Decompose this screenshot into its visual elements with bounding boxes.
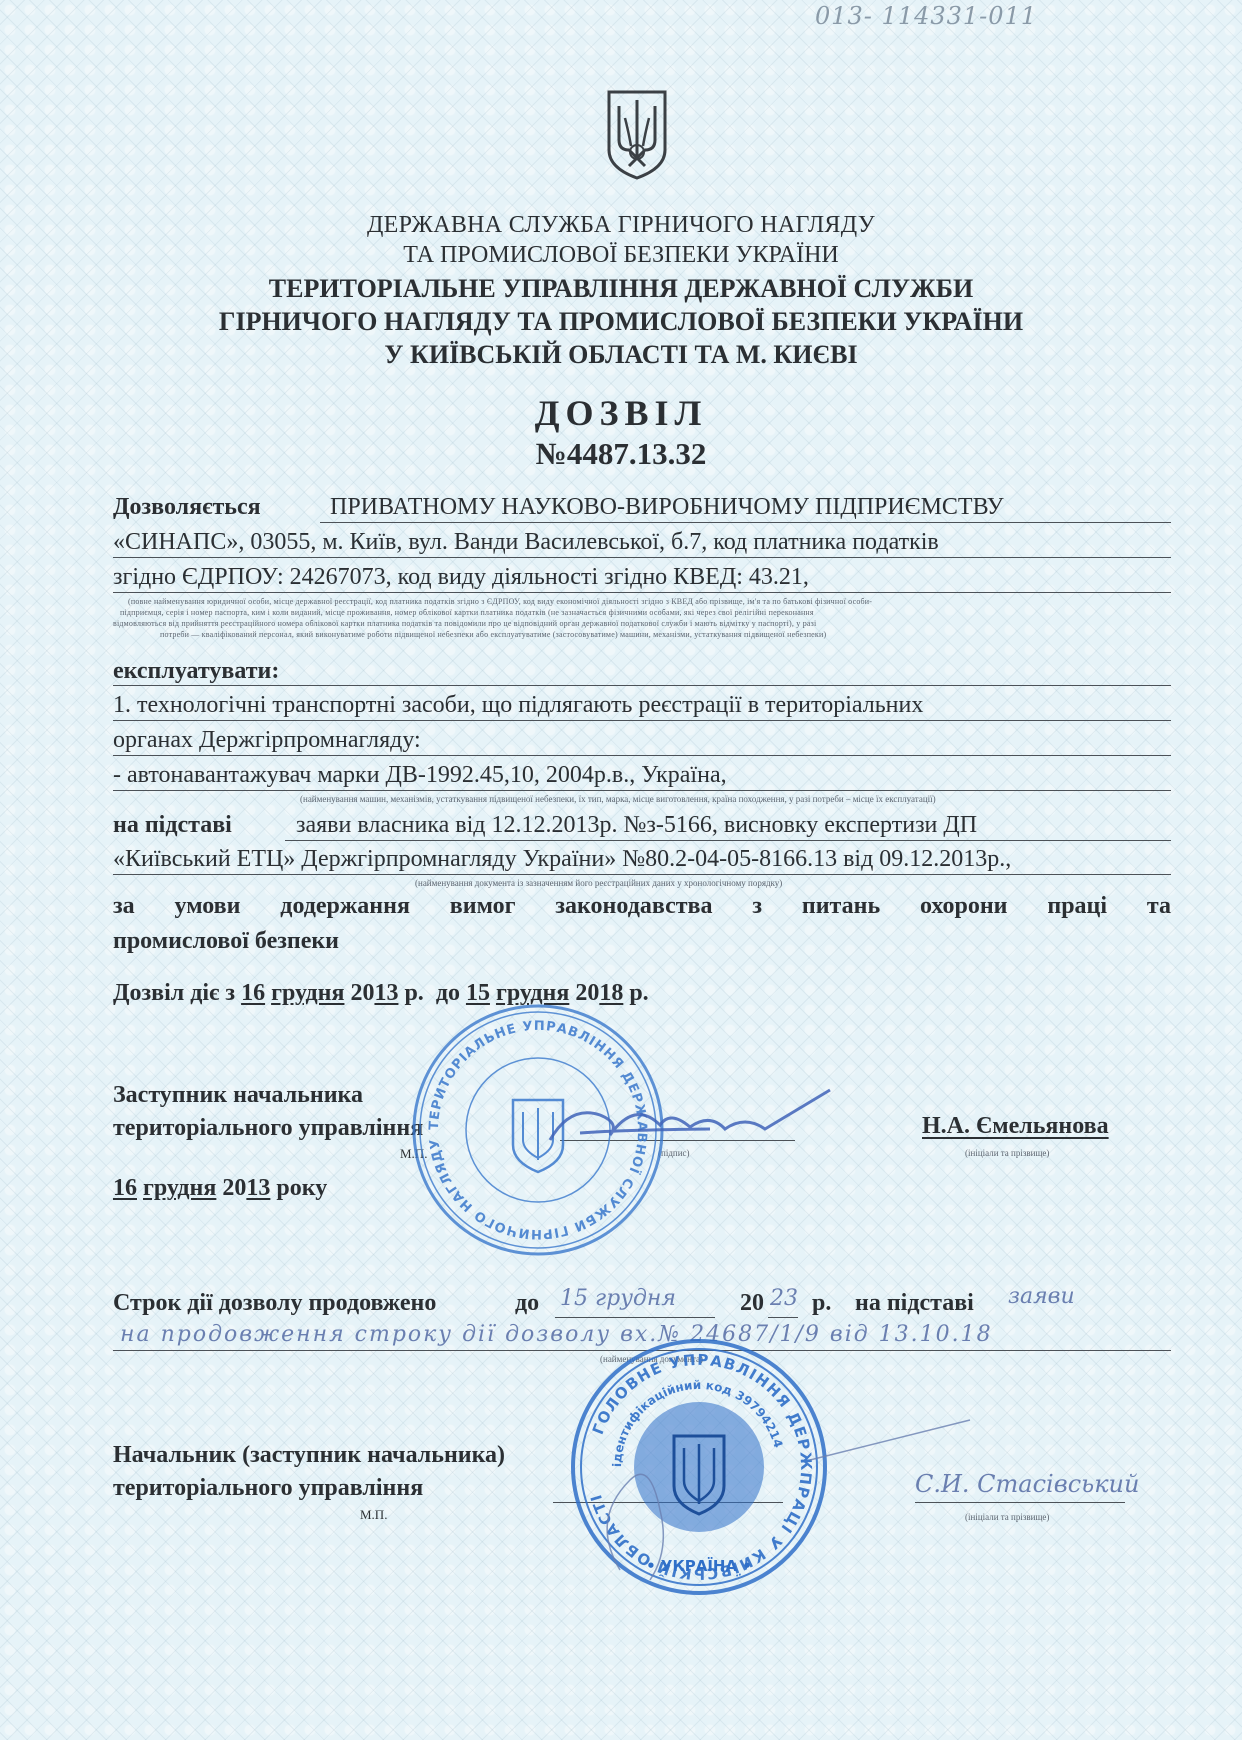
- holder-caption: відмовляються від прийняття реєстраційно…: [113, 619, 816, 628]
- holder-line-1: ПРИВАТНОМУ НАУКОВО-ВИРОБНИЧОМУ ПІДПРИЄМС…: [330, 494, 1004, 521]
- territorial-office-line-2: ГІРНИЧОГО НАГЛЯДУ ТА ПРОМИСЛОВОЇ БЕЗПЕКИ…: [0, 307, 1242, 337]
- trident-coat-of-arms-icon: [605, 88, 669, 182]
- territorial-office-line-1: ТЕРИТОРІАЛЬНЕ УПРАВЛІННЯ ДЕРЖАВНОЇ СЛУЖБ…: [0, 274, 1242, 304]
- underline: [768, 1317, 798, 1318]
- condition-line-1: за умови додержання вимог законодавства …: [113, 893, 1171, 920]
- seal-label-2: М.П.: [360, 1507, 387, 1523]
- extension-basis-handwritten: заяви: [1008, 1284, 1075, 1309]
- underline: [113, 720, 1171, 721]
- name-caption: (ініціали та прізвище): [965, 1148, 1049, 1158]
- basis-label: на підставі: [113, 812, 232, 839]
- holder-caption: потреби — кваліфікований персонал, який …: [160, 630, 826, 639]
- underline: [555, 1317, 715, 1318]
- holder-caption: підприємця, серія і номер паспорта, ким …: [120, 608, 814, 617]
- underline: [113, 874, 1171, 875]
- document-title: ДОЗВІЛ: [0, 392, 1242, 434]
- basis-line-2: «Київський ЕТЦ» Держгірпромнагляду Украї…: [113, 846, 1011, 873]
- signatory-title-line-1: Заступник начальника: [113, 1082, 363, 1109]
- extension-basis-handwritten: на продовження строку дії дозволу вх.№ 2…: [120, 1322, 993, 1347]
- underline: [320, 522, 1171, 523]
- handwritten-signature-2: [560, 1400, 980, 1600]
- underline: [113, 592, 1171, 593]
- underline: [285, 840, 1171, 841]
- holder-line-2: «СИНАПС», 03055, м. Київ, вул. Ванди Вас…: [113, 529, 939, 556]
- territorial-office-line-3: У КИЇВСЬКІЙ ОБЛАСТІ ТА М. КИЄВІ: [0, 340, 1242, 370]
- holder-line-3: згідно ЄДРПОУ: 24267073, код виду діяльн…: [113, 564, 809, 591]
- extension-to-word: до: [515, 1290, 539, 1317]
- underline: [113, 685, 1171, 686]
- signing-date: 16 грудня 2013 року: [113, 1175, 327, 1202]
- org-name-line-1: ДЕРЖАВНА СЛУЖБА ГІРНИЧОГО НАГЛЯДУ: [0, 212, 1242, 239]
- org-name-line-2: ТА ПРОМИСЛОВОЇ БЕЗПЕКИ УКРАЇНИ: [0, 242, 1242, 269]
- permitted-label: Дозволяється: [113, 494, 261, 521]
- extension-date: 15 грудня: [560, 1286, 676, 1311]
- condition-line-2: промислової безпеки: [113, 928, 339, 955]
- scan-margin: [0, 1740, 1242, 1753]
- signatory2-title-line-1: Начальник (заступник начальника): [113, 1442, 505, 1469]
- object-line-1: 1. технологічні транспортні засоби, що п…: [113, 692, 923, 719]
- permit-number: №4487.13.32: [0, 436, 1242, 472]
- registration-number: 013- 114331-011: [815, 2, 1037, 30]
- object-caption: (найменування машин, механізмів, устатку…: [300, 794, 936, 804]
- extension-year-prefix: 20: [740, 1290, 764, 1317]
- handwritten-signature: [540, 1085, 840, 1155]
- extension-year-unit: р.: [812, 1290, 831, 1317]
- extension-year: 23: [770, 1286, 798, 1311]
- object-line-2: органах Держгірпромнагляду:: [113, 727, 421, 754]
- basis-line-1: заяви власника від 12.12.2013р. №з-5166,…: [296, 812, 977, 839]
- operate-label: експлуатувати:: [113, 658, 279, 685]
- signatory-title-line-2: територіального управління: [113, 1115, 423, 1142]
- underline: [113, 755, 1171, 756]
- underline: [113, 557, 1171, 558]
- signatory2-title-line-2: територіального управління: [113, 1475, 423, 1502]
- holder-caption: (повне найменування юридичної особи, міс…: [128, 597, 872, 606]
- underline: [113, 790, 1171, 791]
- basis-caption: (найменування документа із зазначенням й…: [415, 878, 782, 888]
- extension-basis-label: на підставі: [855, 1290, 974, 1317]
- object-line-3: - автонавантажувач марки ДВ-1992.45,10, …: [113, 762, 727, 789]
- extension-prefix: Строк дії дозволу продовжено: [113, 1290, 436, 1317]
- signatory-name: Н.А. Ємельянова: [922, 1113, 1109, 1140]
